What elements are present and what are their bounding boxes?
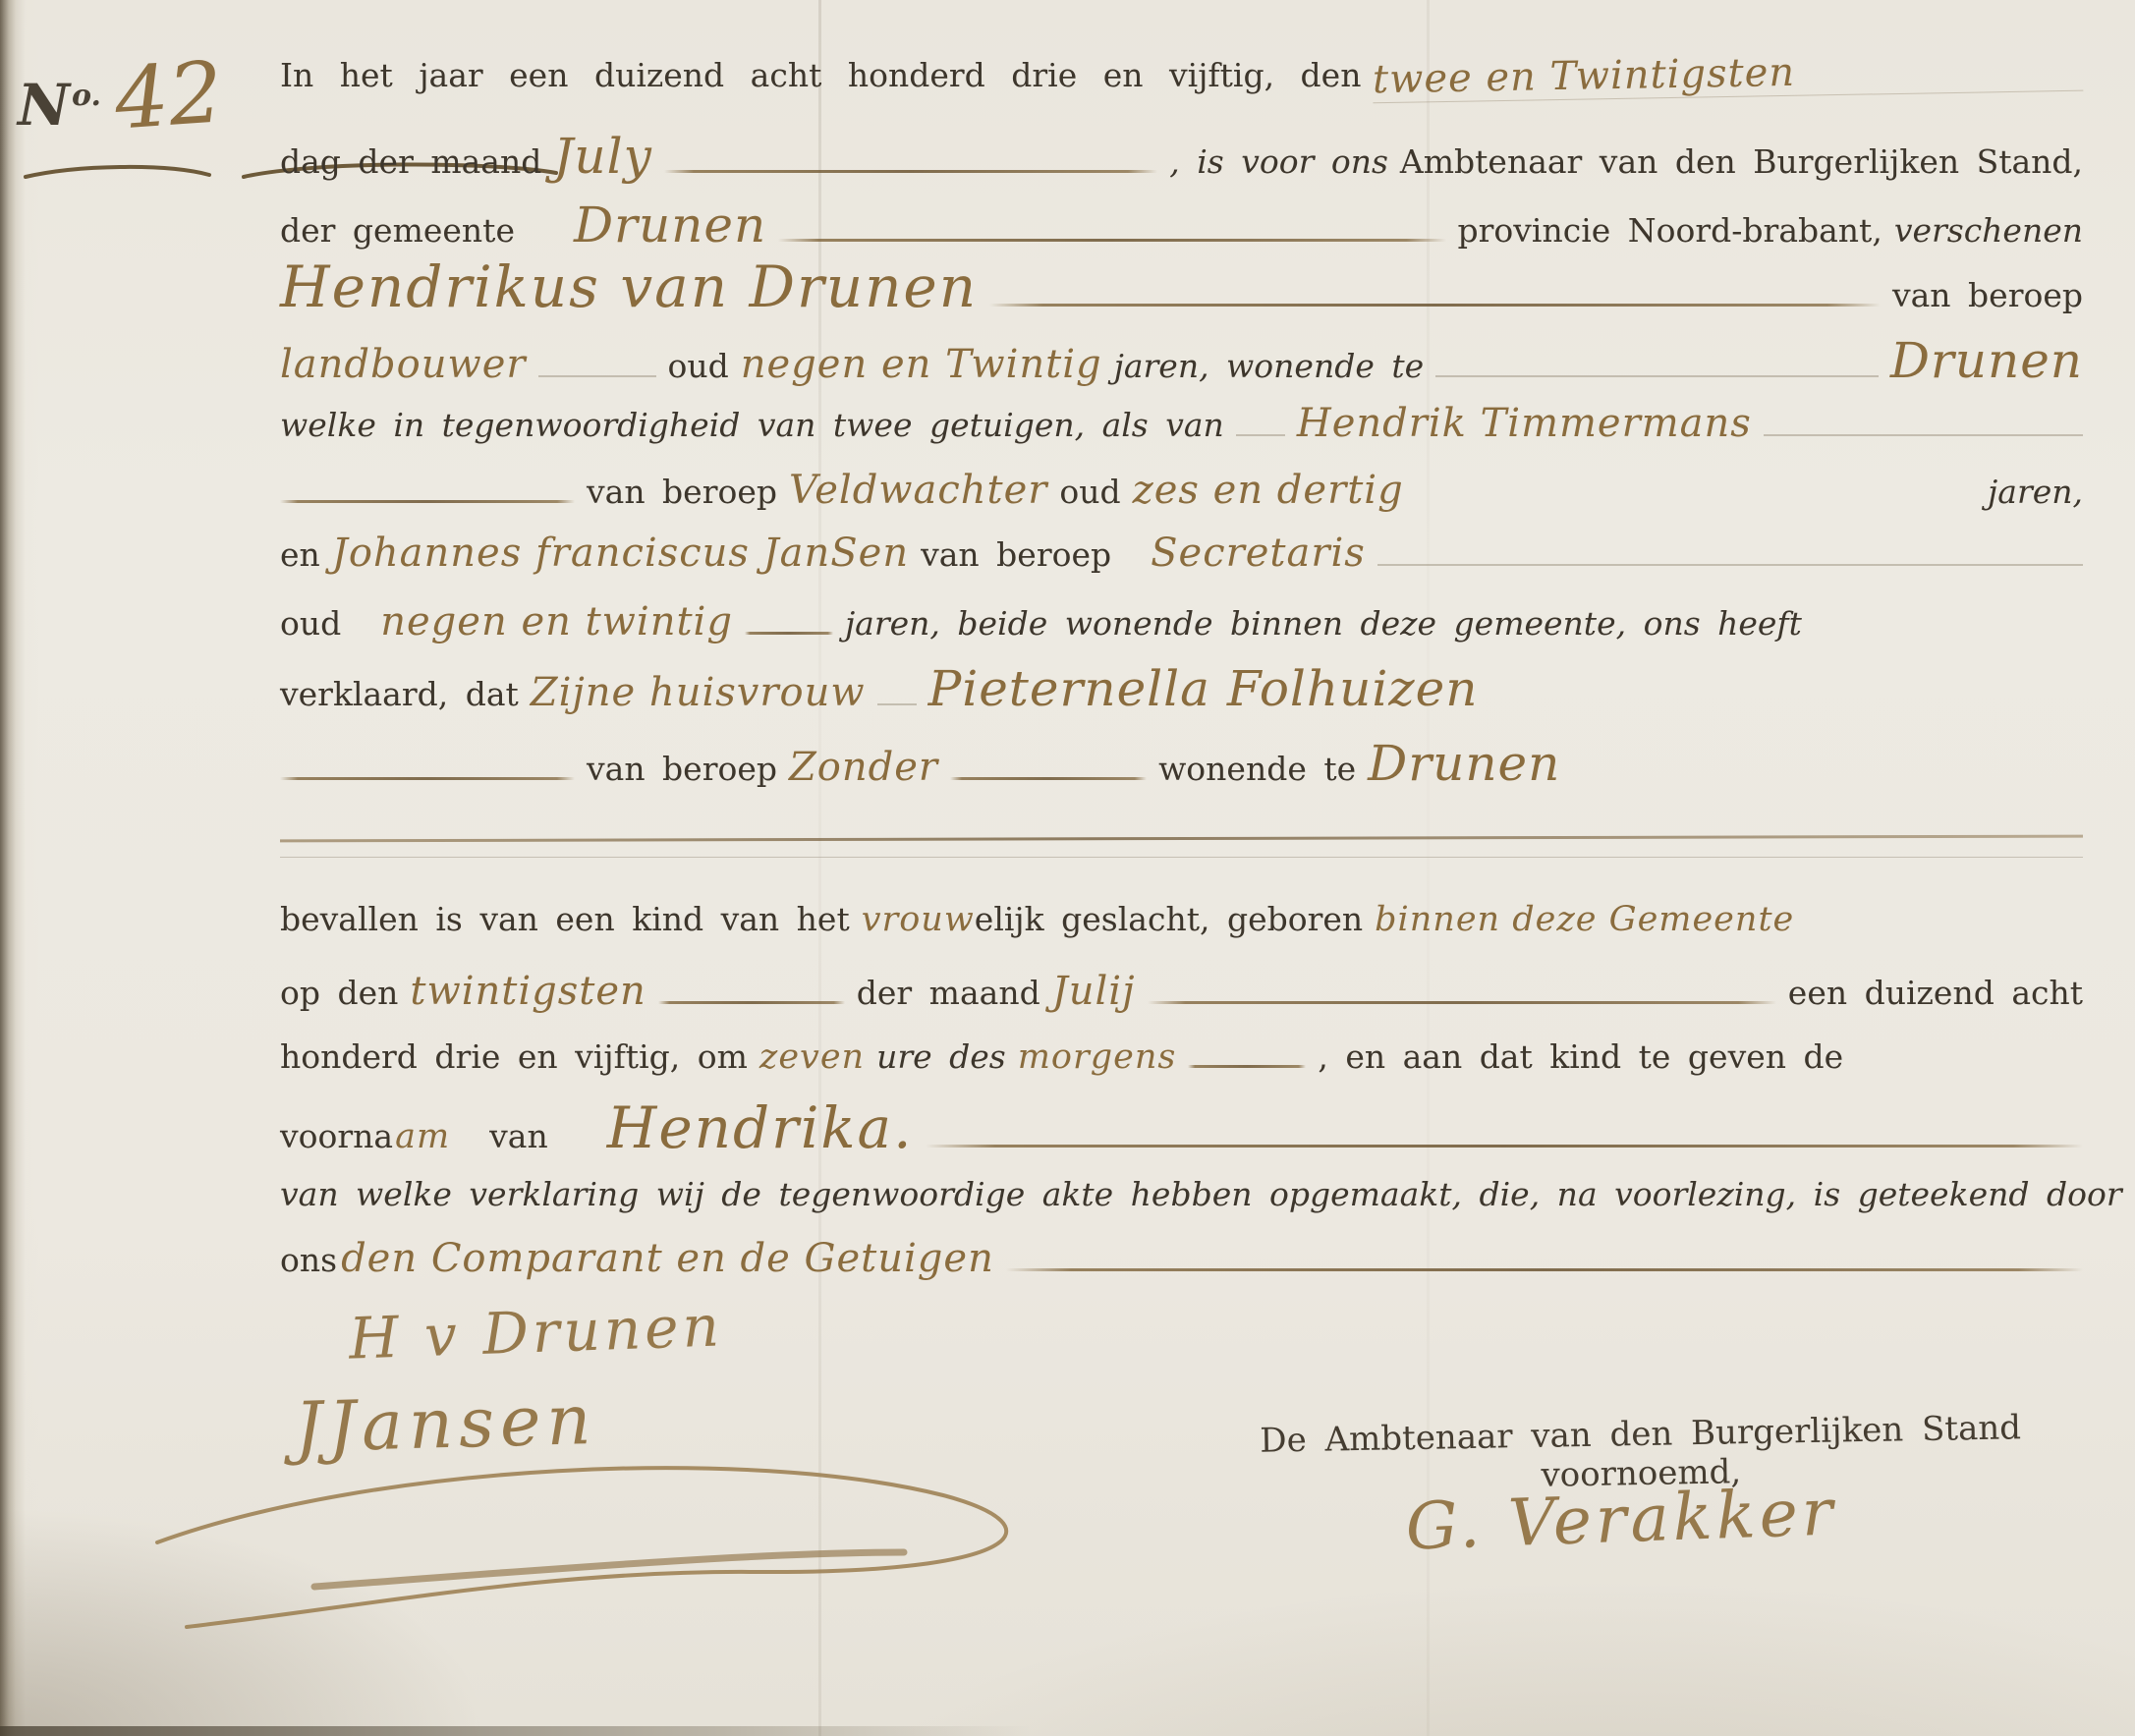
printed-text: oud (1059, 473, 1120, 511)
printed-text: jaren, beide wonende binnen deze gemeent… (845, 604, 2083, 643)
act-line: ons den Comparant en de Getuigen (280, 1236, 2083, 1281)
act-line: van welke verklaring wij de tegenwoordig… (280, 1175, 2083, 1213)
printed-text: ure des (876, 1037, 1006, 1076)
printed-text: voorna (280, 1117, 393, 1155)
printed-text: jaren, wonende te (1114, 347, 1425, 385)
ink-filler-line (1148, 1001, 1776, 1004)
section-rule (280, 857, 2083, 858)
handwritten-entry-mother-relation: Zijne huisvrouw (531, 670, 866, 715)
handwritten-entry-witness2-name: Johannes franciscus JanSen (332, 531, 909, 576)
act-line: dag der maand July , is voor ons Ambtena… (280, 128, 2083, 185)
printed-text: van beroep (921, 535, 1111, 574)
printed-text: oud (668, 347, 729, 385)
handwritten-entry-birth-period: morgens (1018, 1037, 1177, 1077)
ruled-blank (1435, 375, 1879, 377)
handwritten-entry-witness1-name: Hendrik Timmermans (1297, 401, 1752, 446)
printed-text: en (280, 535, 320, 574)
printed-text: van beroep (587, 473, 777, 511)
ink-filler-line (778, 239, 1445, 242)
handwritten-entry-witness1-age: zes en dertig (1133, 468, 1976, 513)
handwritten-entry-declarant-name: Hendrikus van Drunen (280, 253, 978, 320)
ink-filler-line (1006, 1268, 2083, 1271)
ruled-blank (1236, 434, 1285, 436)
printed-text: ons (280, 1241, 337, 1279)
handwritten-entry-residence: Drunen (1890, 332, 2083, 389)
ink-strike-line (280, 835, 2083, 843)
act-line: voorna am van Hendrika. (280, 1094, 2083, 1161)
printed-text: der gemeente (280, 211, 515, 250)
act-line: der gemeente Drunen provincie Noord-brab… (280, 196, 2083, 253)
printed-text: van beroep (587, 750, 777, 788)
act-line: welke in tegenwoordigheid van twee getui… (280, 401, 2083, 446)
act-line: oud negen en twintig jaren, beide wonend… (280, 599, 2083, 644)
printed-text: dag der maand (280, 142, 541, 181)
printed-text: , is voor ons (1169, 142, 1388, 181)
handwritten-entry-mother-occupation: Zonder (789, 745, 938, 790)
printed-text: oud (280, 604, 341, 643)
handwritten-entry-municipality: Drunen (574, 196, 766, 253)
handwritten-entry-birth-month: Julij (1052, 969, 1136, 1014)
printed-text: In het jaar een duizend acht honderd dri… (280, 56, 1361, 94)
handwritten-entry-signed-by: den Comparant en de Getuigen (341, 1236, 994, 1281)
printed-text: een duizend acht (1788, 974, 2083, 1012)
ink-filler-line (989, 304, 1881, 307)
handwritten-entry-birth-place: binnen deze Gemeente (1375, 900, 2083, 939)
act-line: van beroep Veldwachter oud zes en dertig… (280, 468, 2083, 513)
act-number-label: N (18, 72, 72, 139)
ink-filler-line (745, 632, 833, 635)
printed-text: honderd drie en vijftig, om (280, 1037, 748, 1076)
printed-text: van (489, 1117, 548, 1155)
printed-text: der maand (857, 974, 1040, 1012)
act-number-value: 42 (112, 43, 226, 148)
act-line: In het jaar een duizend acht honderd dri… (280, 51, 2083, 97)
handwritten-entry-mother-residence: Drunen (1368, 735, 2083, 792)
handwritten-entry-month: July (553, 128, 651, 185)
act-line: Hendrikus van Drunen van beroep (280, 253, 2083, 320)
printed-text: van welke verklaring wij de tegenwoordig… (280, 1175, 2122, 1213)
signature-flourish (118, 1405, 1140, 1635)
ink-filler-line (658, 1001, 845, 1004)
act-line: bevallen is van een kind van het vrouw e… (280, 900, 2083, 939)
handwritten-entry-mother-name: Pieternella Folhuizen (928, 660, 2083, 717)
printed-text: provincie Noord-brabant, (1458, 211, 1882, 250)
printed-text: welke in tegenwoordigheid van twee getui… (280, 406, 1224, 444)
act-line: op den twintigsten der maand Julij een d… (280, 969, 2083, 1014)
act-line: van beroep Zonder wonende te Drunen (280, 735, 2083, 792)
handwritten-entry-name-fragment: am (395, 1117, 450, 1156)
printed-text: van beroep (1892, 276, 2083, 314)
handwritten-entry-child-name: Hendrika. (607, 1094, 914, 1161)
signature-declarant: H v Drunen (348, 1292, 724, 1372)
act-number-label-sup: o. (72, 79, 101, 113)
act-line: verklaard, dat Zijne huisvrouw Pieternel… (280, 660, 2083, 717)
ruled-blank (1764, 434, 2083, 436)
act-line: en Johannes franciscus JanSen van beroep… (280, 531, 2083, 576)
ink-filler-line (280, 777, 575, 780)
act-line: honderd drie en vijftig, om zeven ure de… (280, 1037, 2083, 1077)
margin-act-number: No. 42 (18, 47, 263, 198)
book-binding-edge (0, 1726, 1032, 1736)
ink-filler-line (926, 1145, 2083, 1148)
printed-text: verklaard, dat (280, 675, 519, 713)
printed-text: elijk geslacht, geboren (975, 900, 1363, 938)
printed-text: , en aan dat kind te geven de (1318, 1037, 2083, 1076)
birth-record-page: No. 42 In het jaar een duizend acht hond… (0, 0, 2135, 1736)
ruled-blank (538, 375, 656, 377)
handwritten-entry-occupation: landbouwer (280, 342, 527, 387)
act-line: landbouwer oud negen en Twintig jaren, w… (280, 332, 2083, 389)
ink-filler-line (950, 777, 1147, 780)
handwritten-entry-birth-hour: zeven (759, 1037, 865, 1077)
handwritten-entry-gender: vrouw (862, 900, 975, 939)
handwritten-entry-witness1-occupation: Veldwachter (789, 468, 1047, 513)
handwritten-entry-age: negen en Twintig (741, 342, 1102, 387)
printed-text: verschenen (1894, 211, 2083, 250)
handwritten-entry-witness2-occupation: Secretaris (1151, 531, 1366, 576)
printed-text: jaren, (1988, 473, 2083, 511)
ink-filler-line (1188, 1065, 1306, 1068)
printed-text: wonende te (1158, 750, 1356, 788)
ink-filler-line (280, 500, 575, 503)
printed-text: Ambtenaar van den Burgerlijken Stand, (1400, 142, 2083, 181)
handwritten-entry-day: twee en Twintigsten (1373, 45, 2083, 104)
handwritten-entry-birth-day: twintigsten (410, 969, 646, 1014)
ink-filler-line (664, 170, 1157, 173)
printed-text: op den (280, 974, 398, 1012)
ruled-blank (877, 703, 917, 705)
handwritten-entry-witness2-age: negen en twintig (380, 599, 733, 644)
printed-text: bevallen is van een kind van het (280, 900, 850, 938)
ruled-blank (1377, 564, 2083, 566)
